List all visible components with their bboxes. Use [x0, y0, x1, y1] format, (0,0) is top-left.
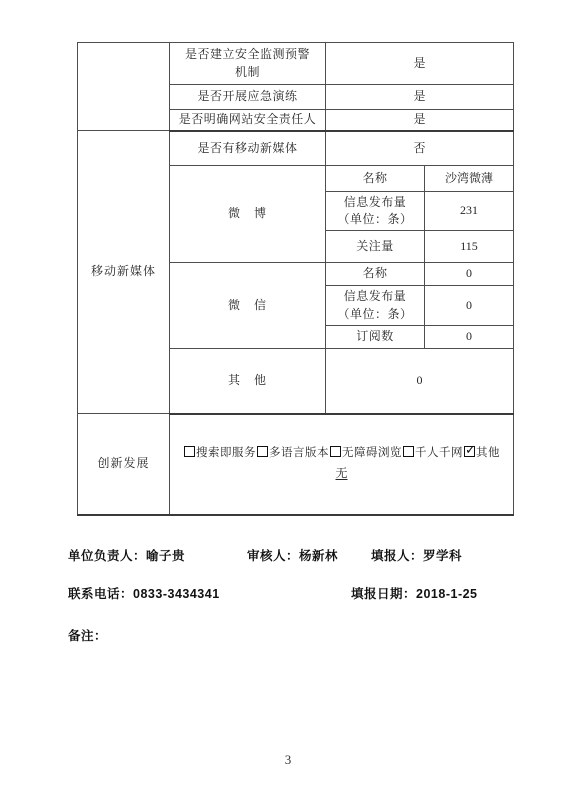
- field-value: 沙湾微薄: [425, 166, 514, 192]
- table-row: 是否建立安全监测预警 机制 是: [78, 43, 514, 85]
- group-label-wechat: 微 信: [170, 263, 326, 349]
- field-label: 信息发布量 （单位：条）: [326, 286, 425, 326]
- checkbox-icon: [464, 446, 475, 457]
- checkbox-label: 其他: [476, 447, 500, 459]
- field-value: 231: [425, 192, 514, 231]
- group-label-weibo: 微 博: [170, 166, 326, 263]
- checkbox-label: 搜索即服务: [196, 447, 256, 459]
- report-date: 2018-1-25: [416, 587, 478, 601]
- responsible-name: 喻子贵: [146, 549, 185, 563]
- innovation-cell: 搜索即服务多语言版本无障碍浏览千人千网其他 无: [170, 414, 514, 515]
- field-label: 名称: [326, 166, 425, 192]
- field-label: 是否明确网站安全责任人: [170, 110, 326, 131]
- field-label: 是否有移动新媒体: [170, 131, 326, 166]
- page-number: 3: [0, 752, 576, 768]
- field-label: 订阅数: [326, 326, 425, 349]
- footer-date: 填报日期：2018-1-25: [351, 584, 478, 602]
- phone-number: 0833-3434341: [133, 587, 220, 601]
- field-value: 是: [326, 85, 514, 110]
- footer-phone: 联系电话：0833-3434341: [68, 584, 220, 602]
- table-row: 移动新媒体 是否有移动新媒体 否: [78, 131, 514, 166]
- field-value: 0: [425, 263, 514, 286]
- filler-name: 罗学科: [423, 549, 462, 563]
- checkbox-icon: [257, 446, 268, 457]
- field-label: 是否开展应急演练: [170, 85, 326, 110]
- innovation-other-text: 无: [174, 465, 509, 482]
- checkbox-icon: [330, 446, 341, 457]
- field-value: 0: [326, 349, 514, 414]
- table-row: 创新发展 搜索即服务多语言版本无障碍浏览千人千网其他 无: [78, 414, 514, 515]
- field-value: 是: [326, 110, 514, 131]
- field-value: 是: [326, 43, 514, 85]
- reviewer-name: 杨新林: [299, 549, 338, 563]
- continuation-cell: [78, 43, 170, 131]
- checkbox-icon: [184, 446, 195, 457]
- checkbox-icon: [403, 446, 414, 457]
- field-value: 115: [425, 231, 514, 263]
- field-value: 0: [425, 286, 514, 326]
- document-page: 是否建立安全监测预警 机制 是 是否开展应急演练 是 是否明确网站安全责任人 是…: [0, 0, 576, 792]
- field-label: 名称: [326, 263, 425, 286]
- field-label: 关注量: [326, 231, 425, 263]
- group-label-other: 其 他: [170, 349, 326, 414]
- section-header-innovation: 创新发展: [78, 414, 170, 515]
- footer-responsible: 单位负责人：喻子贵: [68, 546, 185, 564]
- field-label: 是否建立安全监测预警 机制: [170, 43, 326, 85]
- field-value: 0: [425, 326, 514, 349]
- footer-filler: 填报人：罗学科: [371, 546, 462, 564]
- checkbox-row: 搜索即服务多语言版本无障碍浏览千人千网其他: [174, 445, 509, 462]
- report-table: 是否建立安全监测预警 机制 是 是否开展应急演练 是 是否明确网站安全责任人 是…: [77, 42, 514, 516]
- remarks-label: 备注：: [68, 626, 107, 644]
- section-header-mobile-media: 移动新媒体: [78, 131, 170, 414]
- checkbox-label: 多语言版本: [269, 447, 329, 459]
- checkbox-label: 千人千网: [415, 447, 463, 459]
- field-value: 否: [326, 131, 514, 166]
- footer-reviewer: 审核人：杨新林: [247, 546, 338, 564]
- checkbox-label: 无障碍浏览: [342, 447, 402, 459]
- field-label: 信息发布量 （单位：条）: [326, 192, 425, 231]
